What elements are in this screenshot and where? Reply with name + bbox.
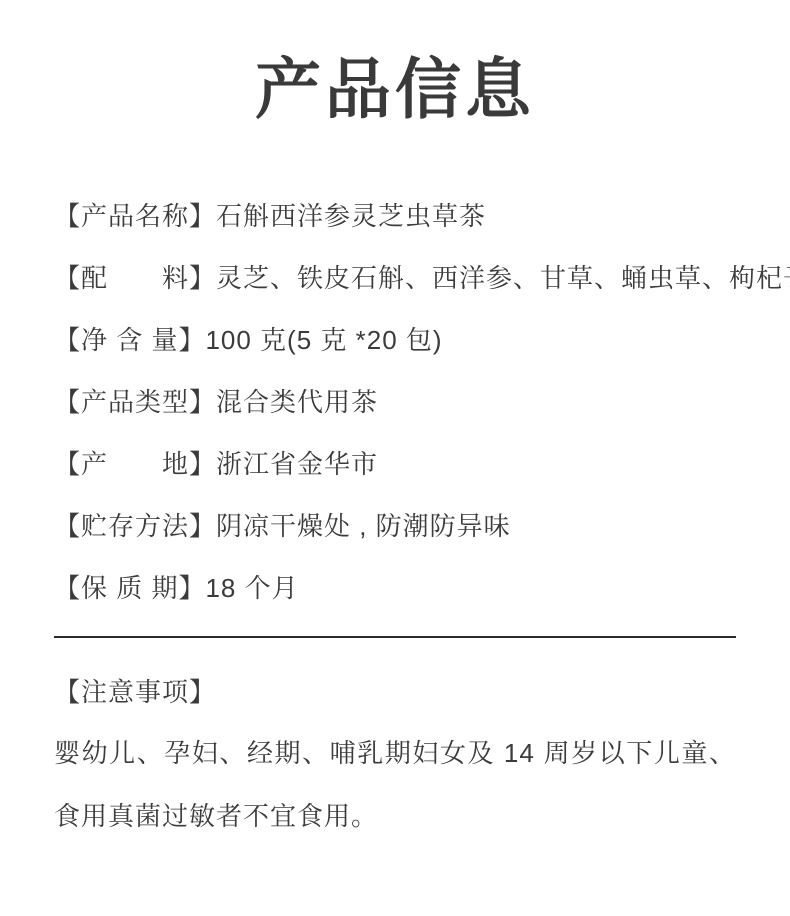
page-title: 产品信息 [0, 0, 790, 130]
field-label: 【净 含 量】 [54, 325, 205, 355]
product-info-row-shelf-life: 【保 质 期】18 个月 [54, 574, 736, 602]
product-info-page: 产品信息 【产品名称】石斛西洋参灵芝虫草茶 【配 料】灵芝、铁皮石斛、西洋参、甘… [0, 0, 790, 916]
product-info-row-origin: 【产 地】浙江省金华市 [54, 450, 736, 478]
field-value: 灵芝、铁皮石斛、西洋参、甘草、蛹虫草、枸杞子 [216, 263, 790, 293]
product-info-row-name: 【产品名称】石斛西洋参灵芝虫草茶 [54, 202, 736, 230]
field-value: 100 克(5 克 *20 包) [205, 325, 442, 355]
field-label: 【产品类型】 [54, 387, 216, 417]
field-label: 【保 质 期】 [54, 573, 205, 603]
notice-body: 婴幼儿、孕妇、经期、哺乳期妇女及 14 周岁以下儿童、食用真菌过敏者不宜食用。 [54, 722, 736, 848]
product-info-row-storage: 【贮存方法】阴凉干燥处 , 防潮防异味 [54, 512, 736, 540]
field-label: 【贮存方法】 [54, 511, 216, 541]
field-value: 混合类代用茶 [216, 387, 378, 417]
field-value: 阴凉干燥处 , 防潮防异味 [216, 511, 511, 541]
notice-heading: 【注意事项】 [54, 678, 736, 706]
product-info-row-type: 【产品类型】混合类代用茶 [54, 388, 736, 416]
field-label: 【配 料】 [54, 263, 216, 293]
field-value: 18 个月 [205, 573, 298, 603]
product-info-list: 【产品名称】石斛西洋参灵芝虫草茶 【配 料】灵芝、铁皮石斛、西洋参、甘草、蛹虫草… [0, 130, 790, 602]
field-label: 【产品名称】 [54, 201, 216, 231]
field-value: 浙江省金华市 [216, 449, 378, 479]
product-info-row-net-content: 【净 含 量】100 克(5 克 *20 包) [54, 326, 736, 354]
field-label: 【产 地】 [54, 449, 216, 479]
field-value: 石斛西洋参灵芝虫草茶 [216, 201, 486, 231]
product-info-row-ingredients: 【配 料】灵芝、铁皮石斛、西洋参、甘草、蛹虫草、枸杞子 [54, 264, 736, 292]
notice-section: 【注意事项】 婴幼儿、孕妇、经期、哺乳期妇女及 14 周岁以下儿童、食用真菌过敏… [0, 638, 790, 848]
